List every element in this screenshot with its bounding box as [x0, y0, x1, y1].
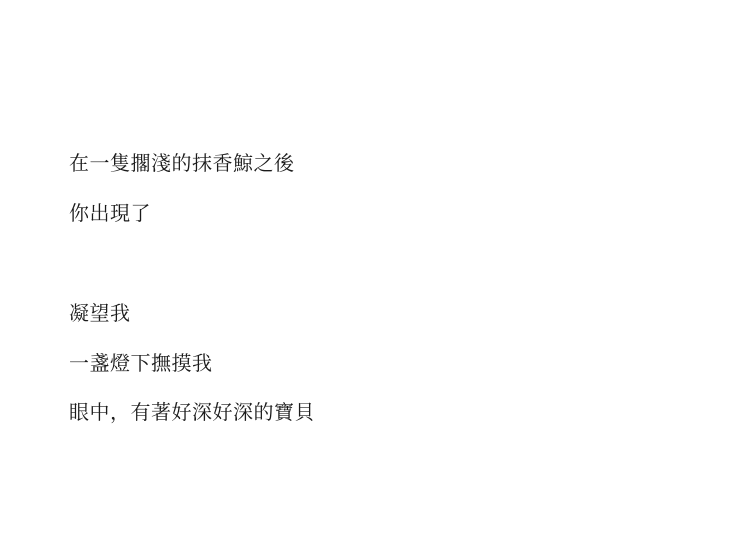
poem-line: 一盞燈下撫摸我 — [69, 351, 213, 375]
poem-line: 你出現了 — [69, 201, 151, 225]
poem-line: 在一隻擱淺的抹香鯨之後 — [69, 151, 295, 175]
poem-line: 凝望我 — [69, 301, 131, 325]
poem-line: 眼中，有著好深好深的寶貝 — [69, 400, 315, 424]
